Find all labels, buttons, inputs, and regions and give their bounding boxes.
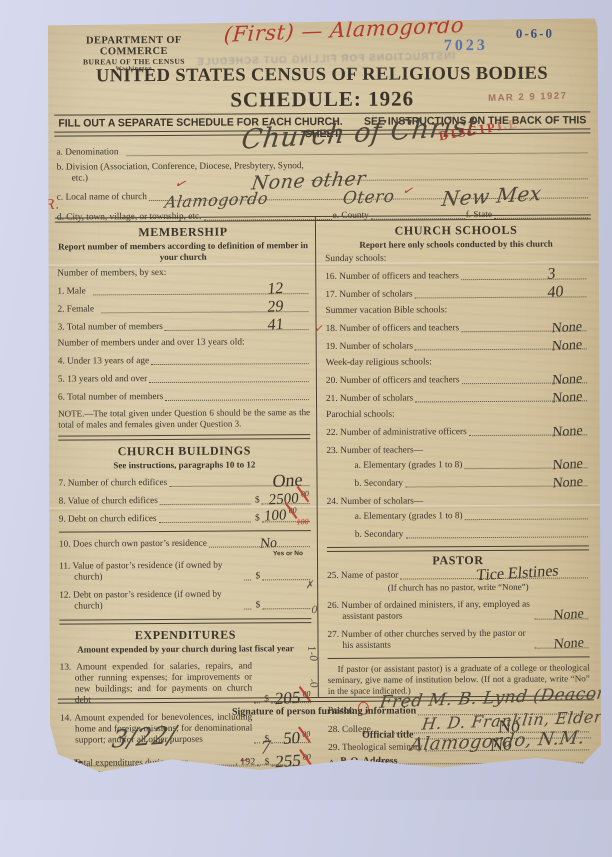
year-line bbox=[257, 765, 283, 766]
q20-row: 20. Number of officers and teachersNone bbox=[326, 374, 588, 387]
q22-label: 22. Number of administrative officers bbox=[326, 427, 467, 439]
dept-line1: DEPARTMENT OF COMMERCE bbox=[58, 35, 210, 58]
dotted-leader bbox=[151, 363, 309, 365]
age-header: Number of members under and over 13 year… bbox=[58, 337, 310, 350]
q21-label: 21. Number of scholars bbox=[326, 394, 413, 406]
gutter-pencil-mark: 0 bbox=[311, 605, 317, 616]
dotted-leader bbox=[461, 278, 586, 280]
dotted-leader bbox=[374, 783, 589, 785]
q26-row: 26. Number of ordained ministers, if any… bbox=[327, 599, 589, 623]
gutter-pencil-mark: 1-0 bbox=[305, 645, 319, 663]
dotted-leader bbox=[465, 518, 588, 520]
local-name-label: c. Local name of church bbox=[57, 192, 147, 204]
q2-value: 29 bbox=[267, 298, 285, 318]
rule bbox=[328, 656, 590, 659]
buildings-title: CHURCH BUILDINGS bbox=[58, 443, 310, 459]
parochial-header: Parochial schools: bbox=[326, 408, 588, 421]
q26-label: 26. Number of ordained ministers, if any… bbox=[327, 600, 532, 623]
q23-label: 23. Number of teachers— bbox=[326, 446, 423, 458]
q23b-row: b. SecondaryNone bbox=[327, 477, 589, 490]
q11-row: 11. Value of pastor’s residence (if owne… bbox=[59, 560, 311, 583]
denomination-label: a. Denomination bbox=[56, 147, 124, 158]
currency-sign: $ bbox=[256, 600, 261, 611]
red-x-mark: ✗ bbox=[304, 580, 314, 592]
membership-title: MEMBERSHIP bbox=[57, 224, 309, 240]
q23b-value: None bbox=[552, 474, 584, 492]
money-line bbox=[262, 608, 310, 609]
q4-label: 4. Under 13 years of age bbox=[58, 356, 149, 368]
column-divider bbox=[315, 217, 319, 697]
red-annotation-handwriting: (First) — Alamogordo bbox=[223, 13, 465, 47]
q1-row: 1. Male12 bbox=[57, 285, 309, 298]
q7-row: 7. Number of church edificesOne bbox=[59, 477, 311, 490]
expenditures-title: EXPENDITURES bbox=[59, 627, 311, 643]
q2-label: 2. Female bbox=[57, 304, 99, 315]
q27-value: None bbox=[553, 636, 585, 654]
q20-value: None bbox=[551, 371, 583, 389]
form-title: UNITED STATES CENSUS OF RELIGIOUS BODIES bbox=[46, 63, 598, 87]
q12-row: 12. Debt on pastor’s residence (if owned… bbox=[59, 589, 311, 612]
q18-row: ✓18. Number of officers and teachersNone bbox=[326, 322, 588, 335]
year-printed: , 192 bbox=[235, 756, 255, 768]
dotted-leader bbox=[160, 504, 251, 506]
by-sex-header: Number of members, by sex: bbox=[57, 267, 309, 280]
q21-value: None bbox=[551, 389, 583, 407]
dotted-leader bbox=[244, 579, 251, 580]
schools-title: CHURCH SCHOOLS bbox=[325, 222, 587, 238]
membership-subtitle: Report number of members according to de… bbox=[57, 240, 309, 263]
q22-value: None bbox=[551, 423, 583, 441]
yes-or-no-hint: Yes or No bbox=[273, 551, 303, 559]
q3-row: 3. Total number of members41 bbox=[58, 321, 310, 334]
year-handwriting: 7 bbox=[260, 738, 273, 760]
q23a-row: a. Elementary (grades 1 to 8)None bbox=[326, 459, 588, 472]
q24-row: 24. Number of scholars— bbox=[327, 495, 589, 508]
print-code: 11—9054 bbox=[162, 770, 188, 778]
double-rule bbox=[327, 545, 589, 552]
dotted-leader bbox=[127, 152, 588, 156]
q24b-row: b. Secondary bbox=[327, 528, 589, 541]
dotted-leader bbox=[405, 536, 587, 538]
q18-label: 18. Number of officers and teachers bbox=[326, 323, 460, 335]
q17-value: 40 bbox=[547, 283, 565, 303]
red-struck-denominator: 100 bbox=[296, 517, 309, 527]
q24-label: 24. Number of scholars— bbox=[327, 496, 424, 508]
q12-label: 12. Debt on pastor’s residence (if owned… bbox=[59, 590, 242, 613]
dotted-leader bbox=[399, 763, 591, 765]
q30-row: 30. CollegeNo bbox=[328, 775, 590, 788]
date-po-row: Date , 192 P. O. Address bbox=[62, 754, 592, 769]
q16-value: 3 bbox=[547, 265, 557, 284]
q23-row: 23. Number of teachers— bbox=[326, 444, 588, 457]
expenditures-subtitle: Amount expended by your church during la… bbox=[60, 643, 312, 655]
currency-sign: $ bbox=[255, 514, 260, 525]
q2-row: 2. Female29 bbox=[57, 303, 309, 316]
q23a-value: None bbox=[551, 456, 583, 474]
q9-label: 9. Debt on church edifices bbox=[59, 514, 157, 526]
q20-label: 20. Number of officers and teachers bbox=[326, 375, 460, 387]
q31-row: 31. Theological seminaryNo bbox=[328, 793, 590, 800]
q8-row: 8. Value of church edifices$250000 bbox=[59, 495, 311, 508]
summer-header: Summer vacation Bible schools: bbox=[325, 304, 587, 317]
dotted-leader bbox=[159, 522, 252, 524]
red-check-mark: ✓ bbox=[314, 323, 325, 337]
form-number-row: 6—5519a 11—9054 bbox=[62, 768, 592, 779]
dotted-leader bbox=[165, 399, 309, 401]
q19-value: None bbox=[551, 337, 583, 355]
q31-value: No bbox=[501, 789, 521, 800]
q24b-label: b. Secondary bbox=[327, 529, 404, 540]
q24a-label: a. Elementary (grades 1 to 8) bbox=[327, 511, 463, 523]
census-form-paper: DEPARTMENT OF COMMERCE BUREAU OF THE CEN… bbox=[46, 18, 603, 773]
q4-row: 4. Under 13 years of age bbox=[58, 355, 310, 368]
q10-row: 10. Does church own pastor’s residenceNo… bbox=[59, 538, 311, 551]
q9-value: 10000100 bbox=[262, 505, 309, 529]
sunday-header: Sunday schools: bbox=[325, 252, 587, 265]
q3-label: 3. Total number of members bbox=[58, 322, 163, 334]
q16-label: 16. Number of officers and teachers bbox=[325, 271, 459, 283]
q30-label: 30. College bbox=[328, 776, 372, 787]
double-rule bbox=[58, 434, 310, 441]
currency-sign: $ bbox=[255, 496, 260, 507]
dotted-leader bbox=[84, 765, 234, 767]
q21-row: 21. Number of scholarsNone bbox=[326, 392, 588, 405]
money-line bbox=[262, 579, 310, 580]
dotted-leader bbox=[244, 608, 252, 609]
q11-label: 11. Value of pastor’s residence (if owne… bbox=[59, 561, 242, 584]
q23a-label: a. Elementary (grades 1 to 8) bbox=[326, 460, 462, 472]
q7-label: 7. Number of church edifices bbox=[59, 478, 168, 490]
membership-note: NOTE.—The total given under Question 6 s… bbox=[58, 407, 310, 431]
date-handwriting: 3/22/ bbox=[110, 720, 178, 753]
left-column: MEMBERSHIP Report number of members acco… bbox=[57, 220, 312, 769]
q17-row: 17. Number of scholars40 bbox=[325, 288, 587, 301]
q22-row: 22. Number of administrative officersNon… bbox=[326, 427, 588, 440]
q1-label: 1. Male bbox=[57, 286, 91, 297]
q23b-label: b. Secondary bbox=[327, 479, 404, 490]
q5-row: 5. 13 years old and over bbox=[58, 373, 310, 386]
margin-r-note: R. bbox=[45, 198, 60, 213]
q19-label: 19. Number of scholars bbox=[326, 342, 413, 354]
currency-sign: $ bbox=[255, 571, 260, 582]
q25-note: (If church has no pastor, write “None”) bbox=[327, 581, 589, 593]
q1-value: 12 bbox=[267, 280, 285, 300]
q31-label: 31. Theological seminary bbox=[328, 794, 423, 800]
q6-row: 6. Total number of members bbox=[58, 391, 310, 404]
buildings-subtitle: See instructions, paragraphs 10 to 12 bbox=[58, 459, 310, 471]
blue-code-handwriting: 0-6-0 bbox=[516, 26, 554, 42]
q3-value: 41 bbox=[267, 316, 285, 336]
q27-label: 27. Number of other churches served by t… bbox=[327, 629, 532, 652]
schools-subtitle: Report here only schools conducted by th… bbox=[325, 239, 587, 251]
q25-row: 25. Name of pastorTice Elstines bbox=[327, 569, 589, 582]
q10-label: 10. Does church own pastor’s residence bbox=[59, 539, 207, 551]
date-label: Date bbox=[62, 757, 82, 769]
weekday-header: Week-day religious schools: bbox=[326, 356, 588, 369]
q18-value: None bbox=[551, 319, 583, 337]
q24a-row: a. Elementary (grades 1 to 8) bbox=[327, 510, 589, 523]
po-address-label: P. O. Address bbox=[340, 755, 397, 767]
q27-row: 27. Number of other churches served by t… bbox=[327, 628, 589, 652]
q8-label: 8. Value of church edifices bbox=[59, 496, 158, 508]
q6-label: 6. Total number of members bbox=[58, 392, 163, 404]
dotted-leader bbox=[149, 381, 309, 383]
q26-value: None bbox=[552, 607, 584, 625]
dotted-leader bbox=[165, 329, 309, 331]
q16-row: 16. Number of officers and teachers3 bbox=[325, 270, 587, 283]
q5-label: 5. 13 years old and over bbox=[58, 374, 147, 386]
q25-label: 25. Name of pastor bbox=[327, 571, 398, 582]
q17-label: 17. Number of scholars bbox=[325, 289, 412, 301]
form-number: 6—5519a bbox=[84, 771, 110, 779]
double-rule bbox=[59, 618, 311, 625]
county-handwriting: Otero bbox=[342, 187, 396, 209]
q9-row: 9. Debt on church edifices$10000100 bbox=[59, 513, 311, 526]
official-title-label: Official title bbox=[362, 729, 413, 741]
rule bbox=[59, 530, 311, 533]
q30-value: No bbox=[483, 769, 505, 790]
q19-row: 19. Number of scholarsNone bbox=[326, 340, 588, 353]
